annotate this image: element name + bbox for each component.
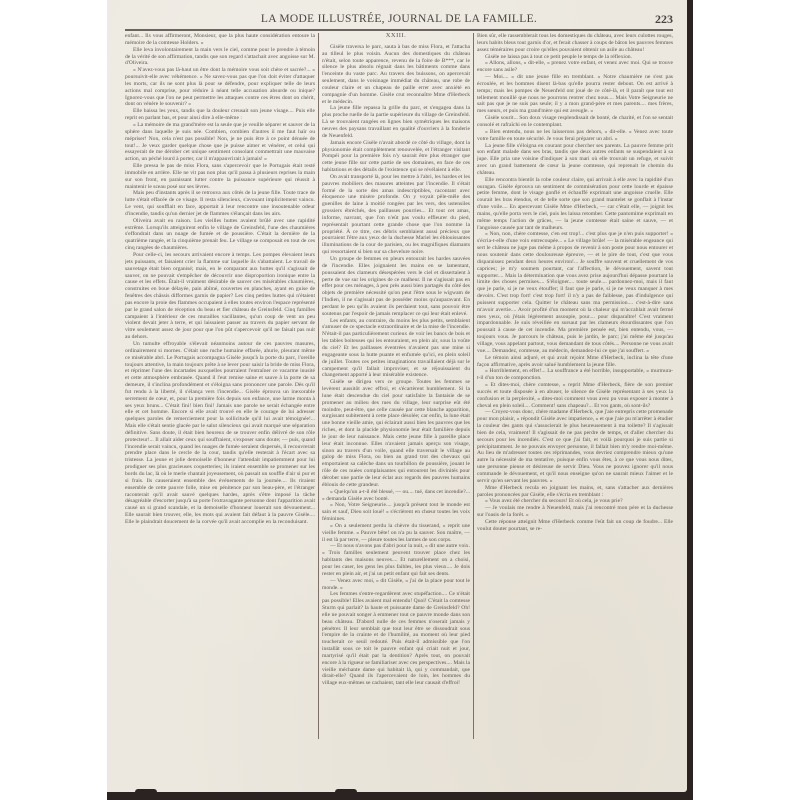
paragraph: enfant... Ils vous affirmeront, Monsieur… bbox=[125, 33, 315, 47]
paragraph: Pour celle-ci, les secours arrivaient en… bbox=[125, 252, 315, 341]
paragraph: La jeune fille s'éloigna en courant pour… bbox=[477, 143, 673, 177]
header-rule bbox=[125, 29, 673, 31]
paragraph: Le témoin ainsi adjuré, et qui avait rej… bbox=[477, 355, 673, 369]
paragraph: La jeune fille repassa la grille du parc… bbox=[322, 105, 470, 139]
paragraph: Elle rencontra bientôt la robe couleur c… bbox=[477, 177, 673, 232]
paragraph: Elle baissa les yeux, tandis que la doul… bbox=[125, 108, 315, 122]
paragraph: Mme d'Herbeck recula en joignant les mai… bbox=[477, 485, 673, 499]
paragraph: Les enfants, au contraire, du moins les … bbox=[322, 318, 470, 380]
paragraph: « Quelqu'un a-t-il été blessé, — ou.... … bbox=[322, 489, 470, 503]
paragraph: « On a seulement perdu la chèvre du tiss… bbox=[322, 523, 470, 544]
paragraph: « Et dites-moi, chère comtesse, » reprit… bbox=[477, 382, 673, 409]
paragraph: Les femmes s'entre-regardèrent avec stup… bbox=[322, 591, 470, 687]
paragraph: Oliveira avait eu raison. Les vieilles h… bbox=[125, 218, 315, 252]
paragraph: — Croyez-vous donc, chère madame d'Herbe… bbox=[477, 409, 673, 484]
paragraph: Un tumulte effroyable s'élevait néanmoin… bbox=[125, 341, 315, 526]
paragraph: — Moi.... » dit une jeune fille en tremb… bbox=[477, 74, 673, 115]
paragraph: Gisèle se dirigea vers ce groupe. Toutes… bbox=[322, 379, 470, 489]
paper-tear bbox=[335, 789, 357, 792]
paragraph: — Venez avec moi, » dit Gisèle, « j'ai d… bbox=[322, 578, 470, 592]
paragraph: — Je voulais me rendre à Neuenfeld, mais… bbox=[477, 505, 673, 519]
column-divider bbox=[318, 33, 319, 739]
paragraph: « N'avez-vous pas là-haut un être dont l… bbox=[125, 67, 315, 108]
paragraph: « Bien entendu, nous ne les laisserons p… bbox=[477, 129, 673, 143]
paragraph: Jamais encore Gisèle n'avait abordé ce c… bbox=[322, 140, 470, 174]
newspaper-page: LA MODE ILLUSTRÉE, JOURNAL DE LA FAMILLE… bbox=[107, 0, 687, 792]
paragraph: « Non, Votre Seigneurie.... jusqu'à prés… bbox=[322, 502, 470, 523]
column-3: Bien sûr, elle rassemblerait tous les do… bbox=[477, 33, 673, 739]
paragraph: « Non, non, chère comtesse, c'en est tro… bbox=[477, 231, 673, 354]
journal-title: LA MODE ILLUSTRÉE, JOURNAL DE LA FAMILLE… bbox=[125, 13, 673, 25]
page-number: 223 bbox=[655, 12, 673, 27]
paragraph: Gisèle traversa le parc, sauta à bas de … bbox=[322, 44, 470, 106]
column-1: enfant... Ils vous affirmeront, Monsieur… bbox=[125, 33, 315, 755]
column-divider bbox=[473, 33, 474, 739]
paragraph: « La mémoire de ma grand'mère est la seu… bbox=[125, 122, 315, 163]
paragraph: Elle pressa le pas de miss Flora, sans s… bbox=[125, 163, 315, 190]
paragraph: « Allons, allons, » dit-elle, « prenez v… bbox=[477, 60, 673, 74]
paragraph: Bien sûr, elle rassemblerait tous les do… bbox=[477, 33, 673, 54]
paragraph: — Et nous n'avons pas d'abri pour la nui… bbox=[322, 543, 470, 577]
paragraph: Cette réponse atteignit Mme d'Herbeck co… bbox=[477, 519, 673, 533]
column-2: XXIII. Gisèle traversa le parc, sauta à … bbox=[322, 33, 470, 739]
paragraph: Elle leva involontairement la main vers … bbox=[125, 47, 315, 68]
paper-tear bbox=[135, 789, 157, 792]
paragraph: « Horriblement, en effet!... La souffran… bbox=[477, 368, 673, 382]
paragraph: Gisèle sourit... Son doux visage resplen… bbox=[477, 115, 673, 129]
paragraph: Un groupe de femmes en pleurs entourait … bbox=[322, 256, 470, 318]
paragraph: Mais peu d'instants après il se retrouva… bbox=[125, 190, 315, 217]
page-header: LA MODE ILLUSTRÉE, JOURNAL DE LA FAMILLE… bbox=[125, 8, 673, 30]
paragraph: On avait transporté là, pour les mettre … bbox=[322, 174, 470, 256]
chapter-heading: XXIII. bbox=[322, 33, 470, 40]
